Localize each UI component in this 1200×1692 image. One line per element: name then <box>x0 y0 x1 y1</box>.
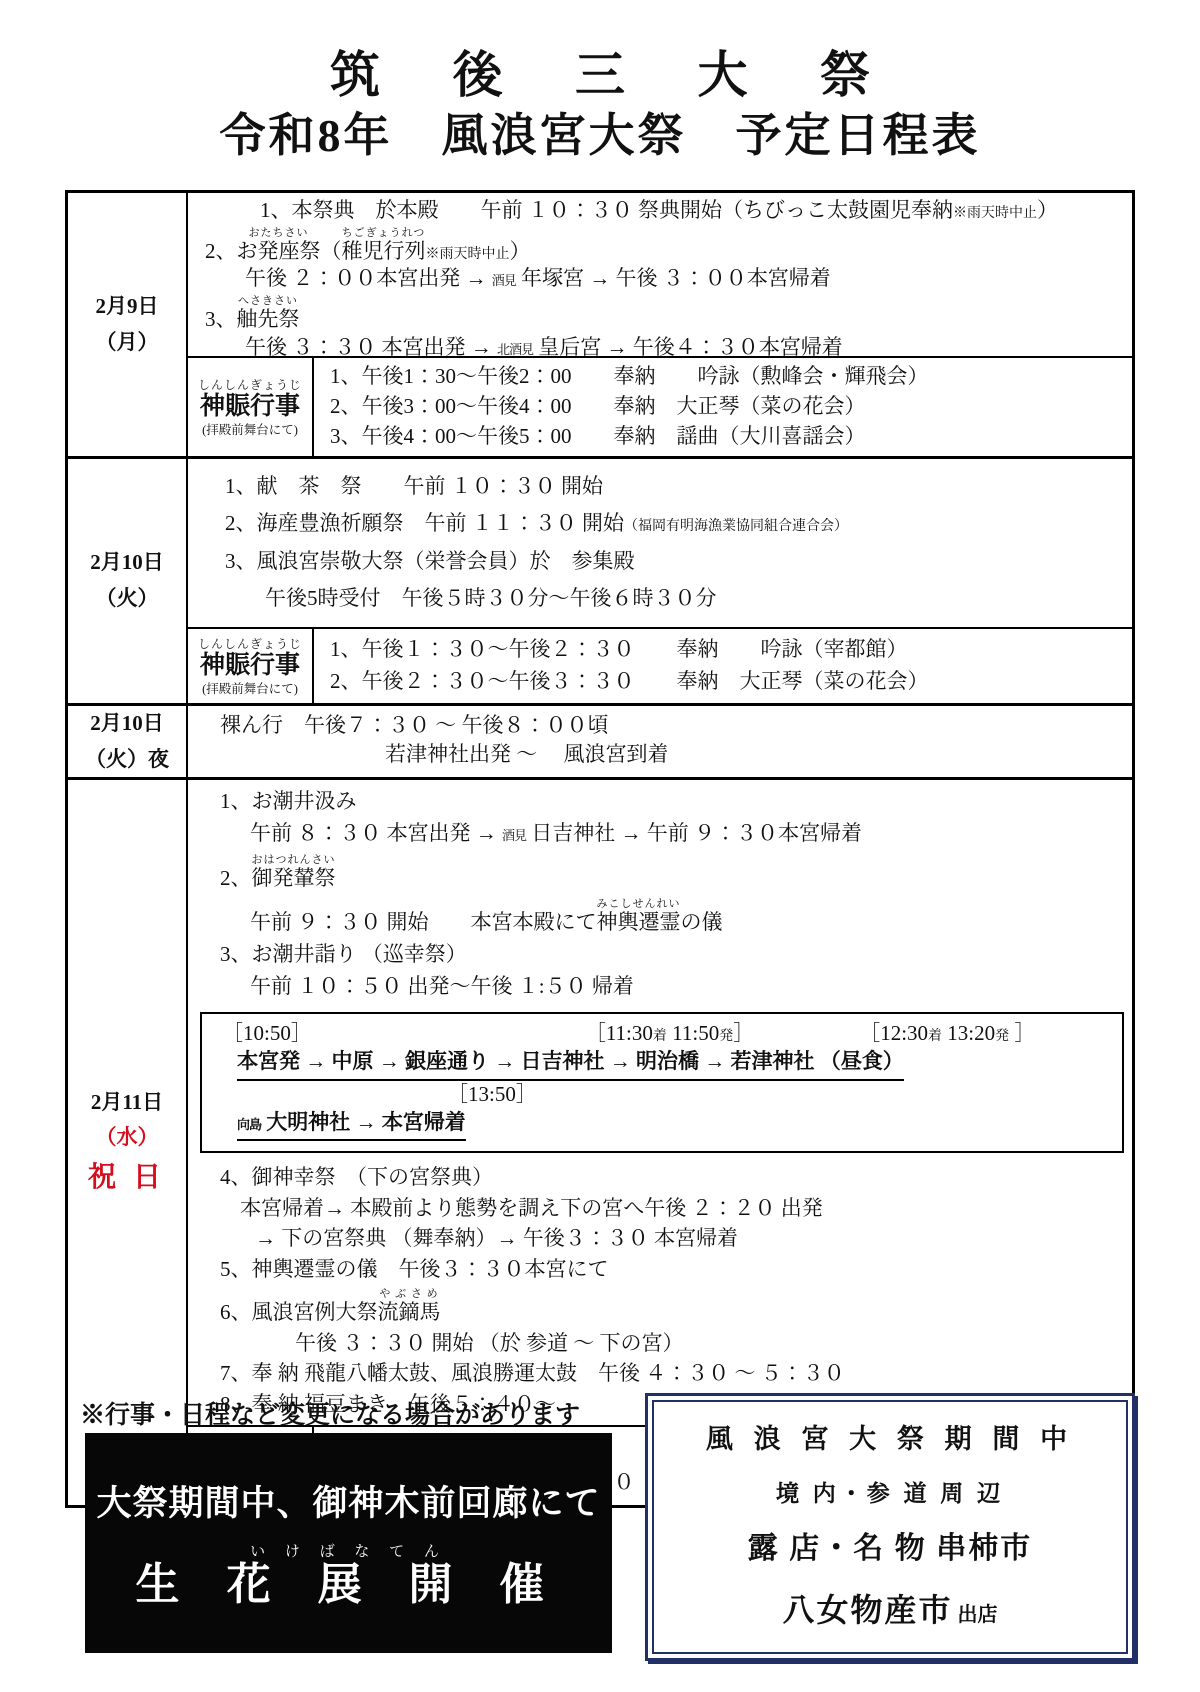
schedule-line: 5、神輿遷霊の儀 午後３：３０本宮にて <box>220 1256 1126 1284</box>
text-segment: 3、風浪宮崇敬大祭（栄誉会員）於 参集殿 <box>225 549 635 573</box>
main-events-feb9: 1、本祭典 於本殿 午前 １０：３０ 祭典開始（ちびっこ太鼓園児奉納※雨天時中止… <box>188 193 1132 356</box>
text-segment: 酒見 <box>502 828 526 843</box>
schedule-line: 1、お潮井汲み <box>220 788 1126 816</box>
text-segment: 風 浪 宮 大 祭 期 間 中 <box>706 1424 1074 1454</box>
text-segment: （火）夜 <box>85 747 169 771</box>
ruby-text: へさきさい舳先祭 <box>237 306 300 334</box>
schedule-line: 3、お潮井詣り （巡幸祭） <box>220 941 1126 969</box>
shinshin-furigana: しんしんぎょうじ <box>198 635 302 652</box>
text-segment: 発 <box>995 1029 1009 1044</box>
text-segment: ］ ［12:30 <box>733 1021 928 1045</box>
text-segment: 1、午後１：３０～午後２：３０ 奉納 吟詠（宰都館） <box>330 637 908 661</box>
schedule-line: 1、献 茶 祭 午前 １０：３０ 開始 <box>225 473 1126 501</box>
text-segment: 境 内・参 道 周 辺 <box>776 1481 1004 1506</box>
schedule-line: 7、奉 納 飛龍八幡太鼓、風浪勝運太鼓 午後 ４：３０ ～ ５：３０ <box>220 1360 1126 1388</box>
text-segment: 3、 <box>205 307 237 331</box>
schedule-line: 2月11日 <box>91 1089 163 1117</box>
title-line-2: 令和8年 風浪宮大祭 予定日程表 <box>0 111 1200 162</box>
schedule-line: 境 内・参 道 周 辺 <box>776 1479 1004 1509</box>
text-segment: 2月9日 <box>96 294 159 318</box>
text-segment: （水） <box>96 1125 159 1149</box>
title-line-1: 筑 後 三 大 祭 <box>0 48 1200 103</box>
text-segment: 1、献 茶 祭 午前 １０：３０ 開始 <box>225 474 603 498</box>
text-segment: ］ <box>1009 1021 1035 1045</box>
text-segment: 午前 １０：５０ 出発～午後 １:５０ 帰着 <box>250 974 634 998</box>
schedule-line: → 下の宮祭典 （舞奉納）→ 午後３：３０ 本宮帰着 <box>255 1225 1126 1253</box>
text-segment: 6、風浪宮例大祭 <box>220 1300 378 1324</box>
schedule-line: ［10:50］ ［11:30着 11:50発］ ［12:30着 13:20発 ］ <box>222 1020 1114 1048</box>
text-segment: 午前 ９：３０ 開始 本宮本殿にて <box>250 910 597 934</box>
schedule-line: 本宮発 → 中原 → 銀座通り → 日吉神社 → 明治橋 → 若津神社 （昼食） <box>237 1048 904 1081</box>
schedule-line: 午前 ９：３０ 開始 本宮本殿にてみこしせんれい神輿遷霊の儀 <box>250 909 1126 937</box>
shinshin-entries-feb10: 1、午後１：３０～午後２：３０ 奉納 吟詠（宰都館）2、午後２：３０～午後３：３… <box>314 629 1132 703</box>
text-segment: の儀 <box>681 910 723 934</box>
table-row-feb10: 2月10日（火） 1、献 茶 祭 午前 １０：３０ 開始2、海産豊漁祈願祭 午前… <box>68 456 1132 703</box>
text-segment: 2、午後２：３０～午後３：３０ 奉納 大正琴（菜の花会） <box>330 669 929 693</box>
shinshin-subtitle: (拝殿前舞台にて) <box>202 420 298 438</box>
text-segment: 2月10日 <box>90 550 164 574</box>
text-segment: 北酒見 <box>497 342 533 357</box>
schedule-line: 午後 ２：００本宮出発 → 酒見 年塚宮 → 午後 ３：００本宮帰着 <box>245 265 1126 293</box>
schedule-line: 本宮帰着→ 本殿前より態勢を調え下の宮へ午後 ２：２０ 出発 <box>240 1195 1126 1223</box>
text-segment: 本宮発 → 中原 → 銀座通り → 日吉神社 → 明治橋 → 若津神社 （昼食） <box>237 1049 904 1073</box>
text-segment: ［13:50］ <box>447 1082 537 1106</box>
stalls-info-inner: 風 浪 宮 大 祭 期 間 中境 内・参 道 周 辺露 店・名 物 串柿市八女物… <box>652 1400 1128 1654</box>
text-segment: ） <box>1037 198 1058 222</box>
schedule-line: （火）夜 <box>85 746 169 774</box>
schedule-line: 祝 日 <box>88 1160 166 1197</box>
text-segment: 2、 <box>205 239 237 263</box>
schedule-line: 午前 ８：３０ 本宮出発 → 酒見 日吉神社 → 午前 ９：３０本宮帰着 <box>250 820 1126 848</box>
shinshin-subtitle: (拝殿前舞台にて) <box>202 679 298 697</box>
shinshin-furigana: しんしんぎょうじ <box>198 376 302 393</box>
text-segment: 11:50 <box>667 1021 719 1045</box>
schedule-line: 2、海産豊漁祈願祭 午前 １１：３０ 開始（福岡有明海漁業協同組合連合会） <box>225 510 1126 538</box>
shinshin-label-feb9: しんしんぎょうじ 神賑行事 (拝殿前舞台にて) <box>188 358 314 456</box>
text-segment: 13:20 <box>942 1021 995 1045</box>
text-segment: （ <box>321 239 342 263</box>
schedule-line: 2、おたちさいお発座祭（ちごぎょうれつ稚児行列※雨天時中止） <box>205 238 1126 266</box>
text-segment: 7、奉 納 飛龍八幡太鼓、風浪勝運太鼓 午後 ４：３０ ～ ５：３０ <box>220 1361 845 1385</box>
date-cell-feb10-night: 2月10日（火）夜 <box>68 706 188 777</box>
main-events-feb10-night: 裸ん行 午後７：３０ ～ 午後８：００頃若津神社出発 ～ 風浪宮到着 <box>188 706 1132 774</box>
text-segment: ※雨天時中止 <box>953 206 1037 221</box>
text-segment: 着 <box>928 1029 942 1044</box>
schedule-line: （火） <box>96 585 159 613</box>
text-segment: 本宮帰着→ 本殿前より態勢を調え下の宮へ午後 ２：２０ 出発 <box>240 1196 823 1220</box>
schedule-line: （月） <box>96 329 159 357</box>
text-segment: 2、海産豊漁祈願祭 午前 １１：３０ 開始 <box>225 511 624 535</box>
schedule-line: 若津神社出発 ～ 風浪宮到着 <box>385 741 1126 769</box>
text-segment: 4、御神幸祭 （下の宮祭典） <box>220 1165 493 1189</box>
text-segment: 2月10日 <box>90 711 164 735</box>
text-segment: 2、 <box>220 866 252 890</box>
shinshin-label-feb10: しんしんぎょうじ 神賑行事 (拝殿前舞台にて) <box>188 629 314 703</box>
text-segment: 5、神輿遷霊の儀 午後３：３０本宮にて <box>220 1257 609 1281</box>
text-segment: 若津神社出発 ～ 風浪宮到着 <box>385 742 669 766</box>
stalls-info-box: 風 浪 宮 大 祭 期 間 中境 内・参 道 周 辺露 店・名 物 串柿市八女物… <box>645 1393 1135 1661</box>
text-segment: 酒見 <box>492 273 516 288</box>
ikebana-line-1: 大祭期間中、御神木前回廊にて <box>96 1476 600 1526</box>
table-row-feb10-night: 2月10日（火）夜 裸ん行 午後７：３０ ～ 午後８：００頃若津神社出発 ～ 風… <box>68 703 1132 777</box>
schedule-line: 裸ん行 午後７：３０ ～ 午後８：００頃 <box>220 712 1126 740</box>
text-segment: 1、本祭典 於本殿 午前 １０：３０ 祭典開始（ちびっこ太鼓園児奉納 <box>260 198 953 222</box>
schedule-line: 6、風浪宮例大祭や ぶ さ め流鏑馬 <box>220 1299 1126 1327</box>
ikebana-exhibition-banner: 大祭期間中、御神木前回廊にて い け ば な て ん 生 花 展 開 催 <box>85 1433 612 1653</box>
schedule-line: 2月9日 <box>96 293 159 321</box>
schedule-line: （水） <box>96 1124 159 1152</box>
content-feb10: 1、献 茶 祭 午前 １０：３０ 開始2、海産豊漁祈願祭 午前 １１：３０ 開始… <box>188 459 1132 703</box>
text-segment: 裸ん行 午後７：３０ ～ 午後８：００頃 <box>220 713 609 737</box>
schedule-line: 3、風浪宮崇敬大祭（栄誉会員）於 参集殿 <box>225 548 1126 576</box>
shinshin-title: 神賑行事 <box>200 652 300 680</box>
text-segment: 大明神社 → 本宮帰着 <box>261 1110 466 1134</box>
text-segment: ※雨天時中止 <box>426 247 510 262</box>
schedule-line: 2、おはつれんさい御発輦祭 <box>220 865 1126 893</box>
festival-schedule-page: 筑 後 三 大 祭 令和8年 風浪宮大祭 予定日程表 2月9日（月） 1、本祭典… <box>0 0 1200 1692</box>
schedule-line: 八女物産市 出店 <box>782 1589 997 1631</box>
schedule-line: 向島 大明神社 → 本宮帰着 <box>237 1109 466 1142</box>
text-segment: 年塚宮 → 午後 ３：００本宮帰着 <box>516 266 831 290</box>
shinshin-row-feb10: しんしんぎょうじ 神賑行事 (拝殿前舞台にて) 1、午後１：３０～午後２：３０ … <box>188 627 1132 703</box>
ruby-text: や ぶ さ め流鏑馬 <box>378 1299 441 1327</box>
shinshin-row-feb9: しんしんぎょうじ 神賑行事 (拝殿前舞台にて) 1、午後1：30～午後2：00 … <box>188 356 1132 456</box>
page-title: 筑 後 三 大 祭 令和8年 風浪宮大祭 予定日程表 <box>0 48 1200 162</box>
text-segment: 着 <box>653 1029 667 1044</box>
content-feb10-night: 裸ん行 午後７：３０ ～ 午後８：００頃若津神社出発 ～ 風浪宮到着 <box>188 706 1132 777</box>
text-segment: ） <box>510 239 531 263</box>
ruby-text: みこしせんれい神輿遷霊 <box>597 909 681 937</box>
text-segment: 午前 ８：３０ 本宮出発 → <box>250 821 502 845</box>
text-segment: 祝 日 <box>88 1162 166 1193</box>
schedule-line: ［13:50］ <box>447 1081 1114 1109</box>
text-segment: 午後 ２：００本宮出発 → <box>245 266 492 290</box>
schedule-line: 2、午後3：00～午後4：00 奉納 大正琴（菜の花会） <box>330 393 1128 421</box>
change-disclaimer-note: ※行事・日程など変更になる場合があります <box>80 1395 580 1431</box>
shinshin-title: 神賑行事 <box>200 393 300 421</box>
text-segment: 発 <box>719 1029 733 1044</box>
schedule-line: 1、午後1：30～午後2：00 奉納 吟詠（勲峰会・輝飛会） <box>330 363 1128 391</box>
text-segment: 1、午後1：30～午後2：00 奉納 吟詠（勲峰会・輝飛会） <box>330 364 929 388</box>
text-segment: ［10:50］ ［11:30 <box>222 1021 653 1045</box>
content-feb9: 1、本祭典 於本殿 午前 １０：３０ 祭典開始（ちびっこ太鼓園児奉納※雨天時中止… <box>188 193 1132 456</box>
schedule-line: 4、御神幸祭 （下の宮祭典） <box>220 1164 1126 1192</box>
ruby-text: おはつれんさい御発輦祭 <box>252 865 336 893</box>
main-events-feb11-a: 1、お潮井汲み午前 ８：３０ 本宮出発 → 酒見 日吉神社 → 午前 ９：３０本… <box>188 780 1132 1008</box>
schedule-table: 2月9日（月） 1、本祭典 於本殿 午前 １０：３０ 祭典開始（ちびっこ太鼓園児… <box>65 190 1135 1508</box>
table-row-feb9: 2月9日（月） 1、本祭典 於本殿 午前 １０：３０ 祭典開始（ちびっこ太鼓園児… <box>68 193 1132 456</box>
shinshin-entries-feb9: 1、午後1：30～午後2：00 奉納 吟詠（勲峰会・輝飛会）2、午後3：00～午… <box>314 358 1132 456</box>
ruby-text: おたちさいお発座祭 <box>237 238 321 266</box>
main-events-feb11-b: 4、御神幸祭 （下の宮祭典）本宮帰着→ 本殿前より態勢を調え下の宮へ午後 ２：２… <box>188 1157 1132 1425</box>
date-cell-feb10: 2月10日（火） <box>68 459 188 703</box>
text-segment: 午後 ３：３０ 開始 （於 参道 ～ 下の宮） <box>295 1331 684 1355</box>
main-events-feb10: 1、献 茶 祭 午前 １０：３０ 開始2、海産豊漁祈願祭 午前 １１：３０ 開始… <box>188 459 1132 627</box>
schedule-line: 2月10日 <box>90 549 164 577</box>
text-segment: 3、午後4：00～午後5：00 奉納 謡曲（大川喜謡会） <box>330 424 866 448</box>
schedule-line: 午後 ３：３０ 開始 （於 参道 ～ 下の宮） <box>295 1330 1126 1358</box>
schedule-line: 午後5時受付 午後５時３０分～午後６時３０分 <box>265 585 1126 613</box>
date-cell-feb9: 2月9日（月） <box>68 193 188 456</box>
text-segment: （月） <box>96 330 159 354</box>
text-segment: → 下の宮祭典 （舞奉納）→ 午後３：３０ 本宮帰着 <box>255 1226 738 1250</box>
text-segment: 1、お潮井汲み <box>220 789 357 813</box>
text-segment: 露 店・名 物 串柿市 <box>748 1532 1033 1565</box>
text-segment: 八女物産市 <box>782 1592 952 1628</box>
text-segment: 午後5時受付 午後５時３０分～午後６時３０分 <box>265 586 717 610</box>
text-segment: 向島 <box>237 1117 261 1132</box>
schedule-line: 1、本祭典 於本殿 午前 １０：３０ 祭典開始（ちびっこ太鼓園児奉納※雨天時中止… <box>260 197 1126 225</box>
text-segment: 出店 <box>953 1604 998 1626</box>
text-segment: （火） <box>96 586 159 610</box>
schedule-line: 2月10日 <box>90 710 164 738</box>
schedule-line: 露 店・名 物 串柿市 <box>748 1529 1033 1569</box>
ruby-text: ちごぎょうれつ稚児行列 <box>342 238 426 266</box>
schedule-line: 1、午後１：３０～午後２：３０ 奉納 吟詠（宰都館） <box>330 636 1128 664</box>
ikebana-furigana: い け ば な て ん <box>250 1540 447 1561</box>
text-segment: 2月11日 <box>91 1090 163 1114</box>
schedule-line: 3、午後4：00～午後5：00 奉納 謡曲（大川喜謡会） <box>330 423 1128 451</box>
text-segment: 日吉神社 → 午前 ９：３０本宮帰着 <box>526 821 862 845</box>
schedule-line: 午前 １０：５０ 出発～午後 １:５０ 帰着 <box>250 973 1126 1001</box>
text-segment: 2、午後3：00～午後4：00 奉納 大正琴（菜の花会） <box>330 394 866 418</box>
schedule-line: 風 浪 宮 大 祭 期 間 中 <box>706 1422 1074 1458</box>
schedule-line: 3、へさきさい舳先祭 <box>205 306 1126 334</box>
procession-route-box: ［10:50］ ［11:30着 11:50発］ ［12:30着 13:20発 ］… <box>200 1012 1124 1153</box>
text-segment: 3、お潮井詣り （巡幸祭） <box>220 942 467 966</box>
schedule-line: 2、午後２：３０～午後３：３０ 奉納 大正琴（菜の花会） <box>330 668 1128 696</box>
ikebana-line-2: 生 花 展 開 催 <box>136 1561 562 1609</box>
text-segment: （福岡有明海漁業協同組合連合会） <box>624 519 848 534</box>
